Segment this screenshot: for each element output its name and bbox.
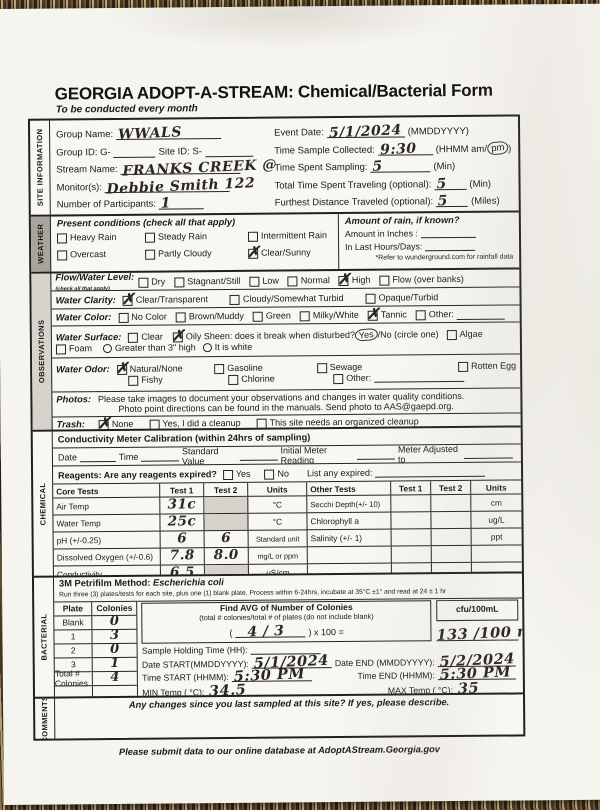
calib-time-field[interactable] — [141, 450, 179, 461]
table-row: Total # Colonies 4 — [55, 670, 137, 685]
avg-value-field[interactable]: 4 / 3 — [235, 626, 305, 638]
checkbox-reagents-no[interactable] — [264, 469, 274, 479]
checkbox-low[interactable] — [249, 276, 259, 286]
calib-date-field[interactable] — [80, 451, 116, 462]
table-row: Water Temp 25c °C — [53, 512, 306, 531]
sidebar-comments: COMMENTS — [35, 699, 55, 739]
checkbox-trash-none[interactable] — [99, 420, 109, 430]
odor-other-field[interactable] — [374, 371, 464, 383]
travel-time-label: Total Time Spent Traveling (optional): — [275, 179, 432, 191]
checkbox-algae[interactable] — [447, 330, 457, 340]
checkbox-label: No Color — [131, 312, 167, 322]
test-name: Water Temp — [53, 515, 160, 532]
checkbox-label: Dry — [151, 276, 165, 286]
event-date-field[interactable]: 5/1/2024 — [327, 127, 405, 139]
form-subtitle: To be conducted every month — [56, 103, 198, 115]
units-cell: cm — [471, 494, 521, 510]
stream-name-label: Stream Name: — [56, 164, 117, 176]
group-id-label: Group ID: G- — [56, 147, 110, 158]
plate-name: Total # Colonies — [55, 672, 93, 685]
rain-hours-field[interactable] — [425, 240, 475, 251]
checkbox-label: Foam — [69, 343, 92, 353]
test-name: Salinity (+/- 1) — [308, 530, 392, 547]
checkbox-label: Milky/White — [313, 310, 359, 320]
section-comments: COMMENTS Any changes since you last samp… — [35, 692, 523, 738]
monitors-label: Monitor(s): — [57, 182, 103, 193]
check-mark-icon — [367, 305, 380, 323]
check-mark-icon — [116, 359, 129, 377]
table-row: 1 3 — [54, 628, 136, 643]
checkbox-odor-other[interactable] — [333, 373, 343, 383]
flow-level-label: Flow/Water Level: — [55, 271, 134, 282]
event-date-format: (MMDDYYYY) — [408, 126, 469, 138]
no-circle-one-label: /No (circle one) — [378, 329, 439, 340]
test-name: Chlorophyll a — [307, 513, 391, 530]
checkbox-flow-over-banks[interactable] — [379, 275, 389, 285]
min-temp-label: MIN Temp ( °C): — [142, 687, 204, 696]
time-spent-unit: (Min) — [433, 161, 455, 172]
sidebar-observations: OBSERVATIONS — [31, 274, 52, 430]
checkbox-gasoline[interactable] — [214, 364, 224, 374]
plate-colonies-table: Plate Colonies Blank 0 1 3 2 — [54, 602, 138, 697]
test1-cell[interactable]: 31c — [160, 497, 204, 513]
desk-background: { "page": { "title": "GEORGIA ADOPT-A-ST… — [0, 0, 600, 810]
checkbox-overcast[interactable] — [57, 250, 67, 260]
checkbox-clear-transparent[interactable] — [123, 295, 133, 305]
photos-line2: Photo point directions can be found in t… — [118, 401, 453, 414]
form-title: GEORGIA ADOPT-A-STREAM: Chemical/Bacteri… — [55, 81, 493, 105]
checkbox-label: Sewage — [330, 362, 363, 372]
section-bacterial: BACTERIAL 3M Petrifilm Method: Escherich… — [34, 571, 523, 696]
checkbox-foam[interactable] — [56, 344, 66, 354]
checkbox-normal[interactable] — [288, 276, 298, 286]
units-cell — [472, 545, 522, 561]
sidebar-label: WEATHER — [36, 224, 45, 264]
radio-greater-than-3in[interactable] — [103, 344, 112, 353]
water-clarity-label: Water Clarity: — [55, 294, 115, 305]
checkbox-partly-cloudy[interactable] — [145, 249, 155, 259]
core-tests-table: Core Tests Test 1 Test 2 Units Air Temp … — [53, 482, 308, 575]
units-cell: ug/L — [471, 511, 521, 527]
test2-cell — [204, 514, 248, 530]
table-row: Blank 0 — [54, 614, 136, 629]
plate-name: 2 — [55, 644, 93, 657]
colonies-cell[interactable]: 4 — [93, 671, 137, 684]
participants-field[interactable]: 1 — [159, 198, 204, 209]
pm-label: pm — [490, 142, 504, 154]
reagents-label: Reagents: Are any reagents expired? — [58, 469, 217, 480]
sidebar-site-information: SITE INFORMATION — [30, 121, 51, 215]
checkbox-reagents-yes[interactable] — [223, 469, 233, 479]
checkbox-label: Brown/Muddy — [189, 311, 244, 321]
test1-cell[interactable]: 7.8 — [161, 548, 205, 564]
core-header: Test 2 — [204, 483, 248, 496]
group-id-field[interactable] — [114, 146, 156, 157]
test-name — [308, 547, 392, 564]
water-color-label: Water Color: — [56, 312, 112, 322]
section-site-information: SITE INFORMATION Group Name:WWALS Group … — [30, 116, 519, 214]
checkbox-stagnant[interactable] — [174, 277, 184, 287]
checkbox-label: Gasoline — [227, 363, 263, 373]
checkbox-label: Clear — [141, 331, 163, 341]
radio-it-is-white[interactable] — [203, 343, 212, 352]
sidebar-label: SITE INFORMATION — [35, 129, 45, 207]
avg-times-100: ) x 100 = — [308, 627, 343, 637]
checkbox-label: Normal — [301, 275, 330, 285]
rain-inches-label: Amount in Inches : — [345, 228, 418, 239]
pm-circle-annotation[interactable]: pm — [486, 140, 508, 155]
table-row: Chlorophyll a ug/L — [307, 510, 521, 529]
flow-level-sub: (check all that apply) — [55, 286, 109, 291]
checkbox-trash-cleanup[interactable] — [149, 420, 159, 430]
checkbox-label: Algae — [460, 328, 483, 338]
checkbox-label: Other: — [429, 309, 454, 319]
participants-label: Number of Participants: — [57, 199, 156, 211]
core-header: Test 1 — [160, 483, 204, 496]
checkbox-opaque-turbid[interactable] — [366, 293, 376, 303]
plate-name: Blank — [54, 616, 92, 629]
test2-cell — [204, 497, 248, 513]
table-row: Air Temp 31c °C — [53, 495, 306, 514]
reagents-list-field[interactable] — [375, 466, 485, 478]
color-other-field[interactable] — [457, 308, 505, 319]
checkbox-label: Fishy — [141, 374, 163, 384]
checkbox-clear-sunny[interactable] — [248, 248, 258, 258]
plate-name: 1 — [54, 630, 92, 643]
trash-label: Trash: — [57, 419, 85, 429]
cfu-label: cfu/100mL — [436, 599, 518, 621]
other-header: Test 1 — [391, 481, 431, 494]
paper-sheet: GEORGIA ADOPT-A-STREAM: Chemical/Bacteri… — [0, 4, 600, 805]
checkbox-label: Oily Sheen: does it break when disturbed… — [186, 329, 355, 340]
calib-standard-field[interactable] — [240, 450, 278, 461]
sidebar-chemical: CHEMICAL — [33, 432, 54, 576]
checkbox-label: Cloudy/Somewhat Turbid — [243, 292, 344, 303]
test1-cell[interactable]: 6 — [161, 531, 205, 547]
rain-hours-label: In Last Hours/Days: — [345, 241, 422, 252]
test2-cell[interactable]: 8.0 — [205, 548, 249, 564]
colonies-cell[interactable] — [93, 685, 137, 696]
checkbox-oily-sheen[interactable] — [173, 332, 183, 342]
test-name: Air Temp — [53, 498, 160, 515]
time-end-label: Time END (HHMM): — [357, 670, 434, 681]
checkbox-milky-white[interactable] — [300, 311, 310, 321]
checkbox-label: Steady Rain — [158, 231, 207, 241]
units-cell: °C — [248, 496, 306, 513]
stream-name-field[interactable]: FRANKS CREEK @ — [121, 163, 241, 175]
checkbox-color-other[interactable] — [416, 310, 426, 320]
other-header: Test 2 — [431, 481, 471, 494]
checkbox-heavy-rain[interactable] — [57, 233, 67, 243]
plate-name — [55, 686, 93, 697]
test1-cell[interactable]: 25c — [160, 514, 204, 530]
test2-cell[interactable] — [431, 495, 471, 511]
checkbox-label: Yes, I did a cleanup — [162, 418, 240, 429]
test2-cell[interactable]: 6 — [205, 531, 249, 547]
time-sample-format-pre: (HHMM am/ — [436, 144, 487, 155]
distance-label: Furthest Distance Traveled (optional): — [275, 196, 433, 208]
rainfall-note: *Refer to wunderground.com for rainfall … — [345, 254, 513, 262]
checkbox-tannic[interactable] — [368, 311, 378, 321]
group-name-label: Group Name: — [56, 129, 113, 140]
test-name: Conductivity — [54, 566, 161, 576]
table-row — [308, 544, 522, 563]
units-cell: mg/L or ppm — [249, 547, 307, 564]
checkbox-natural-none[interactable] — [117, 365, 127, 375]
calib-time-label: Time — [119, 451, 139, 461]
other-header: Units — [471, 480, 521, 493]
test2-cell[interactable] — [431, 512, 471, 528]
form-body: SITE INFORMATION Group Name:WWALS Group … — [28, 114, 525, 740]
checkbox-intermittent-rain[interactable] — [248, 231, 258, 241]
units-cell: Standard unit — [249, 530, 307, 547]
calib-initial-label: Initial Meter Reading — [280, 444, 354, 465]
avg-colonies-box: Find AVG of Number of Colonies (total # … — [141, 600, 431, 644]
checkbox-dry[interactable] — [138, 277, 148, 287]
monitors-field[interactable]: Debbie Smith 122 — [105, 181, 230, 193]
checkbox-label: Natural/None — [130, 363, 183, 373]
table-row: Secchi Depth(+/- 10) cm — [307, 493, 521, 512]
distance-unit: (Miles) — [471, 196, 500, 207]
time-spent-field[interactable]: 5 — [370, 161, 430, 173]
species-name: Escherichia coli — [153, 577, 224, 588]
photos-label: Photos: — [56, 394, 91, 404]
sidebar-weather: WEATHER — [31, 217, 51, 272]
event-date-label: Event Date: — [274, 128, 324, 139]
checkbox-no-color[interactable] — [118, 313, 128, 323]
reagents-list-label: List any expired: — [307, 467, 373, 478]
checkbox-label: Other: — [346, 372, 371, 382]
checkbox-steady-rain[interactable] — [145, 232, 155, 242]
test-name: Secchi Depth(+/- 10) — [307, 496, 391, 513]
other-header: Other Tests — [307, 482, 391, 496]
sidebar-label: COMMENTS — [40, 695, 49, 739]
travel-time-unit: (Min) — [469, 178, 491, 189]
units-cell: ppt — [472, 528, 522, 544]
calib-adjusted-label: Meter Adjusted to — [398, 443, 461, 464]
comments-field[interactable] — [55, 706, 523, 734]
test1-cell[interactable]: 6.5 — [161, 565, 205, 575]
checkbox-sewage[interactable] — [317, 363, 327, 373]
time-sample-label: Time Sample Collected: — [274, 144, 375, 156]
checkbox-label: Clear/Transparent — [136, 294, 208, 305]
core-header: Core Tests — [53, 484, 160, 498]
yes-label: Yes — [358, 329, 374, 340]
section-observations: OBSERVATIONS Flow/Water Level:(check all… — [31, 267, 520, 429]
calib-date-label: Date — [58, 452, 77, 462]
checkbox-surface-clear[interactable] — [128, 332, 138, 342]
checkbox-label: Overcast — [70, 249, 106, 259]
checkbox-label: Rotten Egg — [471, 360, 516, 370]
test2-cell[interactable] — [432, 529, 472, 545]
water-odor-label: Water Odor: — [56, 364, 110, 374]
test1-cell[interactable] — [392, 529, 432, 545]
calib-adjusted-field[interactable] — [464, 448, 513, 459]
water-surface-label: Water Surface: — [56, 331, 122, 342]
checkbox-trash-organized-cleanup[interactable] — [257, 419, 267, 429]
footer-note: Please submit data to our online databas… — [33, 743, 525, 757]
units-cell: °C — [248, 513, 306, 530]
test1-cell[interactable] — [391, 495, 431, 511]
checkbox-label: Clear/Sunny — [261, 247, 311, 257]
sidebar-label: CHEMICAL — [38, 482, 47, 525]
time-end-field[interactable]: 5:30 PM — [438, 668, 516, 680]
test1-cell[interactable] — [391, 512, 431, 528]
checkbox-brown-muddy[interactable] — [176, 312, 186, 322]
distance-field[interactable]: 5 — [436, 196, 468, 207]
checkbox-label: Flow (over banks) — [392, 273, 464, 284]
table-row — [55, 684, 137, 696]
checkbox-label: Green — [266, 310, 291, 320]
test-name: pH (+/-0.25) — [54, 532, 161, 549]
check-mark-icon — [122, 289, 135, 307]
check-mark-icon — [338, 269, 351, 287]
checkbox-green[interactable] — [253, 312, 263, 322]
checkbox-label: Heavy Rain — [70, 231, 117, 241]
calib-standard-label: Standard Value — [182, 445, 237, 465]
travel-time-field[interactable]: 5 — [434, 178, 466, 189]
sidebar-label: BACTERIAL — [39, 614, 48, 661]
checkbox-high[interactable] — [339, 275, 349, 285]
petrifilm-method-label: 3M Petrifilm Method: — [59, 578, 153, 589]
checkbox-label: Low — [262, 275, 279, 285]
plate-header: Plate — [54, 602, 92, 615]
site-id-field[interactable] — [205, 146, 253, 157]
checkbox-label: No — [277, 468, 289, 478]
time-sample-format-post: ) — [508, 143, 511, 154]
check-mark-icon — [172, 326, 185, 344]
checkbox-fishy[interactable] — [128, 375, 138, 385]
cfu-result-field[interactable]: 133 /100 mL — [436, 620, 518, 641]
core-header: Units — [248, 482, 306, 496]
cfu-box: cfu/100mL 133 /100 mL — [436, 599, 518, 641]
checkbox-label: Opaque/Turbid — [379, 292, 439, 303]
site-id-label: Site ID: S- — [159, 146, 202, 157]
section-chemical: CHEMICAL Conductivity Meter Calibration … — [33, 425, 522, 575]
time-start-field[interactable]: 5:30 PM — [232, 670, 312, 682]
group-name-field[interactable]: WWALS — [116, 128, 221, 140]
check-mark-icon — [247, 242, 260, 260]
test1-cell[interactable] — [392, 546, 432, 562]
test-name: Dissolved Oxygen (+/-0.6) — [54, 549, 161, 566]
radio-label: It is white — [215, 341, 253, 351]
checkbox-chlorine[interactable] — [228, 374, 238, 384]
checkbox-label: Tannic — [381, 309, 407, 319]
other-tests-table: Other Tests Test 1 Test 2 Units Secchi D… — [307, 480, 522, 575]
sidebar-label: OBSERVATIONS — [37, 320, 47, 384]
avg-paren-open: ( — [229, 628, 232, 638]
checkbox-label: Yes — [236, 468, 251, 478]
time-sample-field[interactable]: 9:30 — [378, 144, 433, 155]
checkbox-label: Chlorine — [241, 373, 275, 383]
table-row: 2 0 — [55, 642, 137, 657]
rain-inches-field[interactable] — [421, 227, 476, 238]
time-spent-label: Time Spent Sampling: — [274, 162, 367, 174]
calib-initial-field[interactable] — [357, 449, 395, 460]
checkbox-label: Partly Cloudy — [158, 248, 212, 258]
section-weather: WEATHER Present conditions (check all th… — [31, 210, 519, 271]
checkbox-label: Intermittent Rain — [261, 230, 327, 241]
checkbox-cloudy-turbid[interactable] — [230, 294, 240, 304]
table-row: Salinity (+/- 1) ppt — [308, 527, 522, 546]
check-mark-icon — [98, 414, 111, 430]
checkbox-label: This site needs an organized cleanup — [270, 416, 419, 427]
checkbox-label: None — [112, 419, 134, 429]
checkbox-label: High — [352, 274, 371, 284]
test2-cell[interactable] — [432, 546, 472, 562]
sidebar-bacterial: BACTERIAL — [34, 578, 55, 697]
checkbox-label: Stagnant/Still — [187, 275, 240, 285]
